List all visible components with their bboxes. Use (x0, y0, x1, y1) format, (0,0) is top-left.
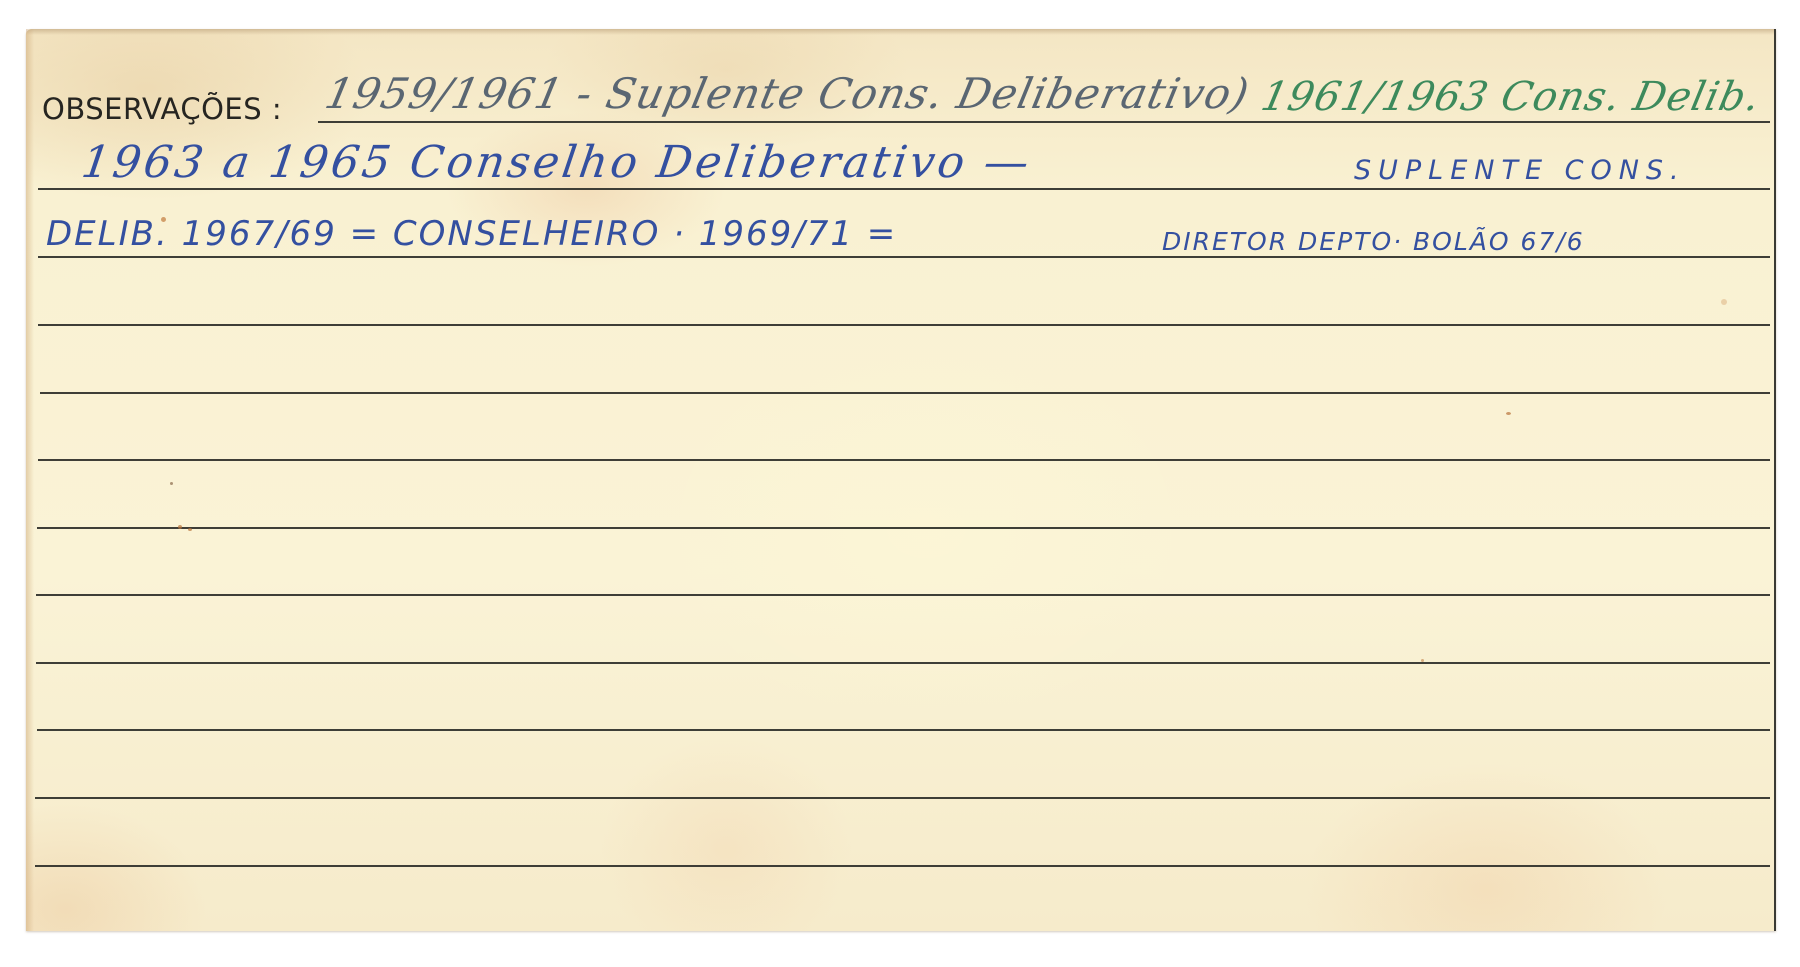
ruled-line-4 (38, 324, 1770, 326)
ruled-line-5 (40, 392, 1770, 394)
handwritten-entry-suplente: SUPLENTE CONS. (1354, 157, 1686, 184)
ruled-line-2 (38, 188, 1770, 190)
ruled-line-6 (38, 459, 1770, 461)
ruled-line-12 (35, 865, 1770, 867)
ink-speck (161, 217, 166, 222)
handwritten-entry-1963-1965: 1963 a 1965 Conselho Deliberativo — (79, 141, 1034, 185)
ruled-line-3 (38, 256, 1770, 258)
card-left-aging-stain (26, 29, 34, 931)
handwritten-entry-conselheiro: DELIB. 1967/69 = CONSELHEIRO · 1969/71 = (46, 217, 897, 251)
ink-speck (1421, 659, 1424, 662)
handwritten-entry-1959-1961: 1959/1961 - Suplente Cons. Deliberativo) (322, 73, 1254, 115)
observacoes-label: OBSERVAÇÕES : (42, 92, 282, 126)
ink-speck (1506, 412, 1511, 415)
ink-speck (1721, 299, 1727, 305)
ruled-line-7 (37, 527, 1770, 529)
handwritten-entry-1961-1963: 1961/1963 Cons. Delib. (1258, 77, 1764, 117)
ink-speck (178, 525, 182, 529)
card-top-aging-stain (26, 29, 1774, 35)
index-card: OBSERVAÇÕES : 1959/1961 - Suplente Cons.… (26, 29, 1776, 931)
page: OBSERVAÇÕES : 1959/1961 - Suplente Cons.… (0, 0, 1800, 967)
ruled-line-1 (318, 121, 1770, 123)
ruled-line-8 (36, 594, 1770, 596)
ruled-line-9 (36, 662, 1770, 664)
ink-speck (188, 528, 192, 531)
handwritten-entry-diretor: DIRETOR DEPTO· BOLÃO 67/6 (1162, 229, 1585, 254)
ink-speck (170, 482, 173, 485)
ruled-line-11 (35, 797, 1770, 799)
ruled-line-10 (37, 729, 1770, 731)
